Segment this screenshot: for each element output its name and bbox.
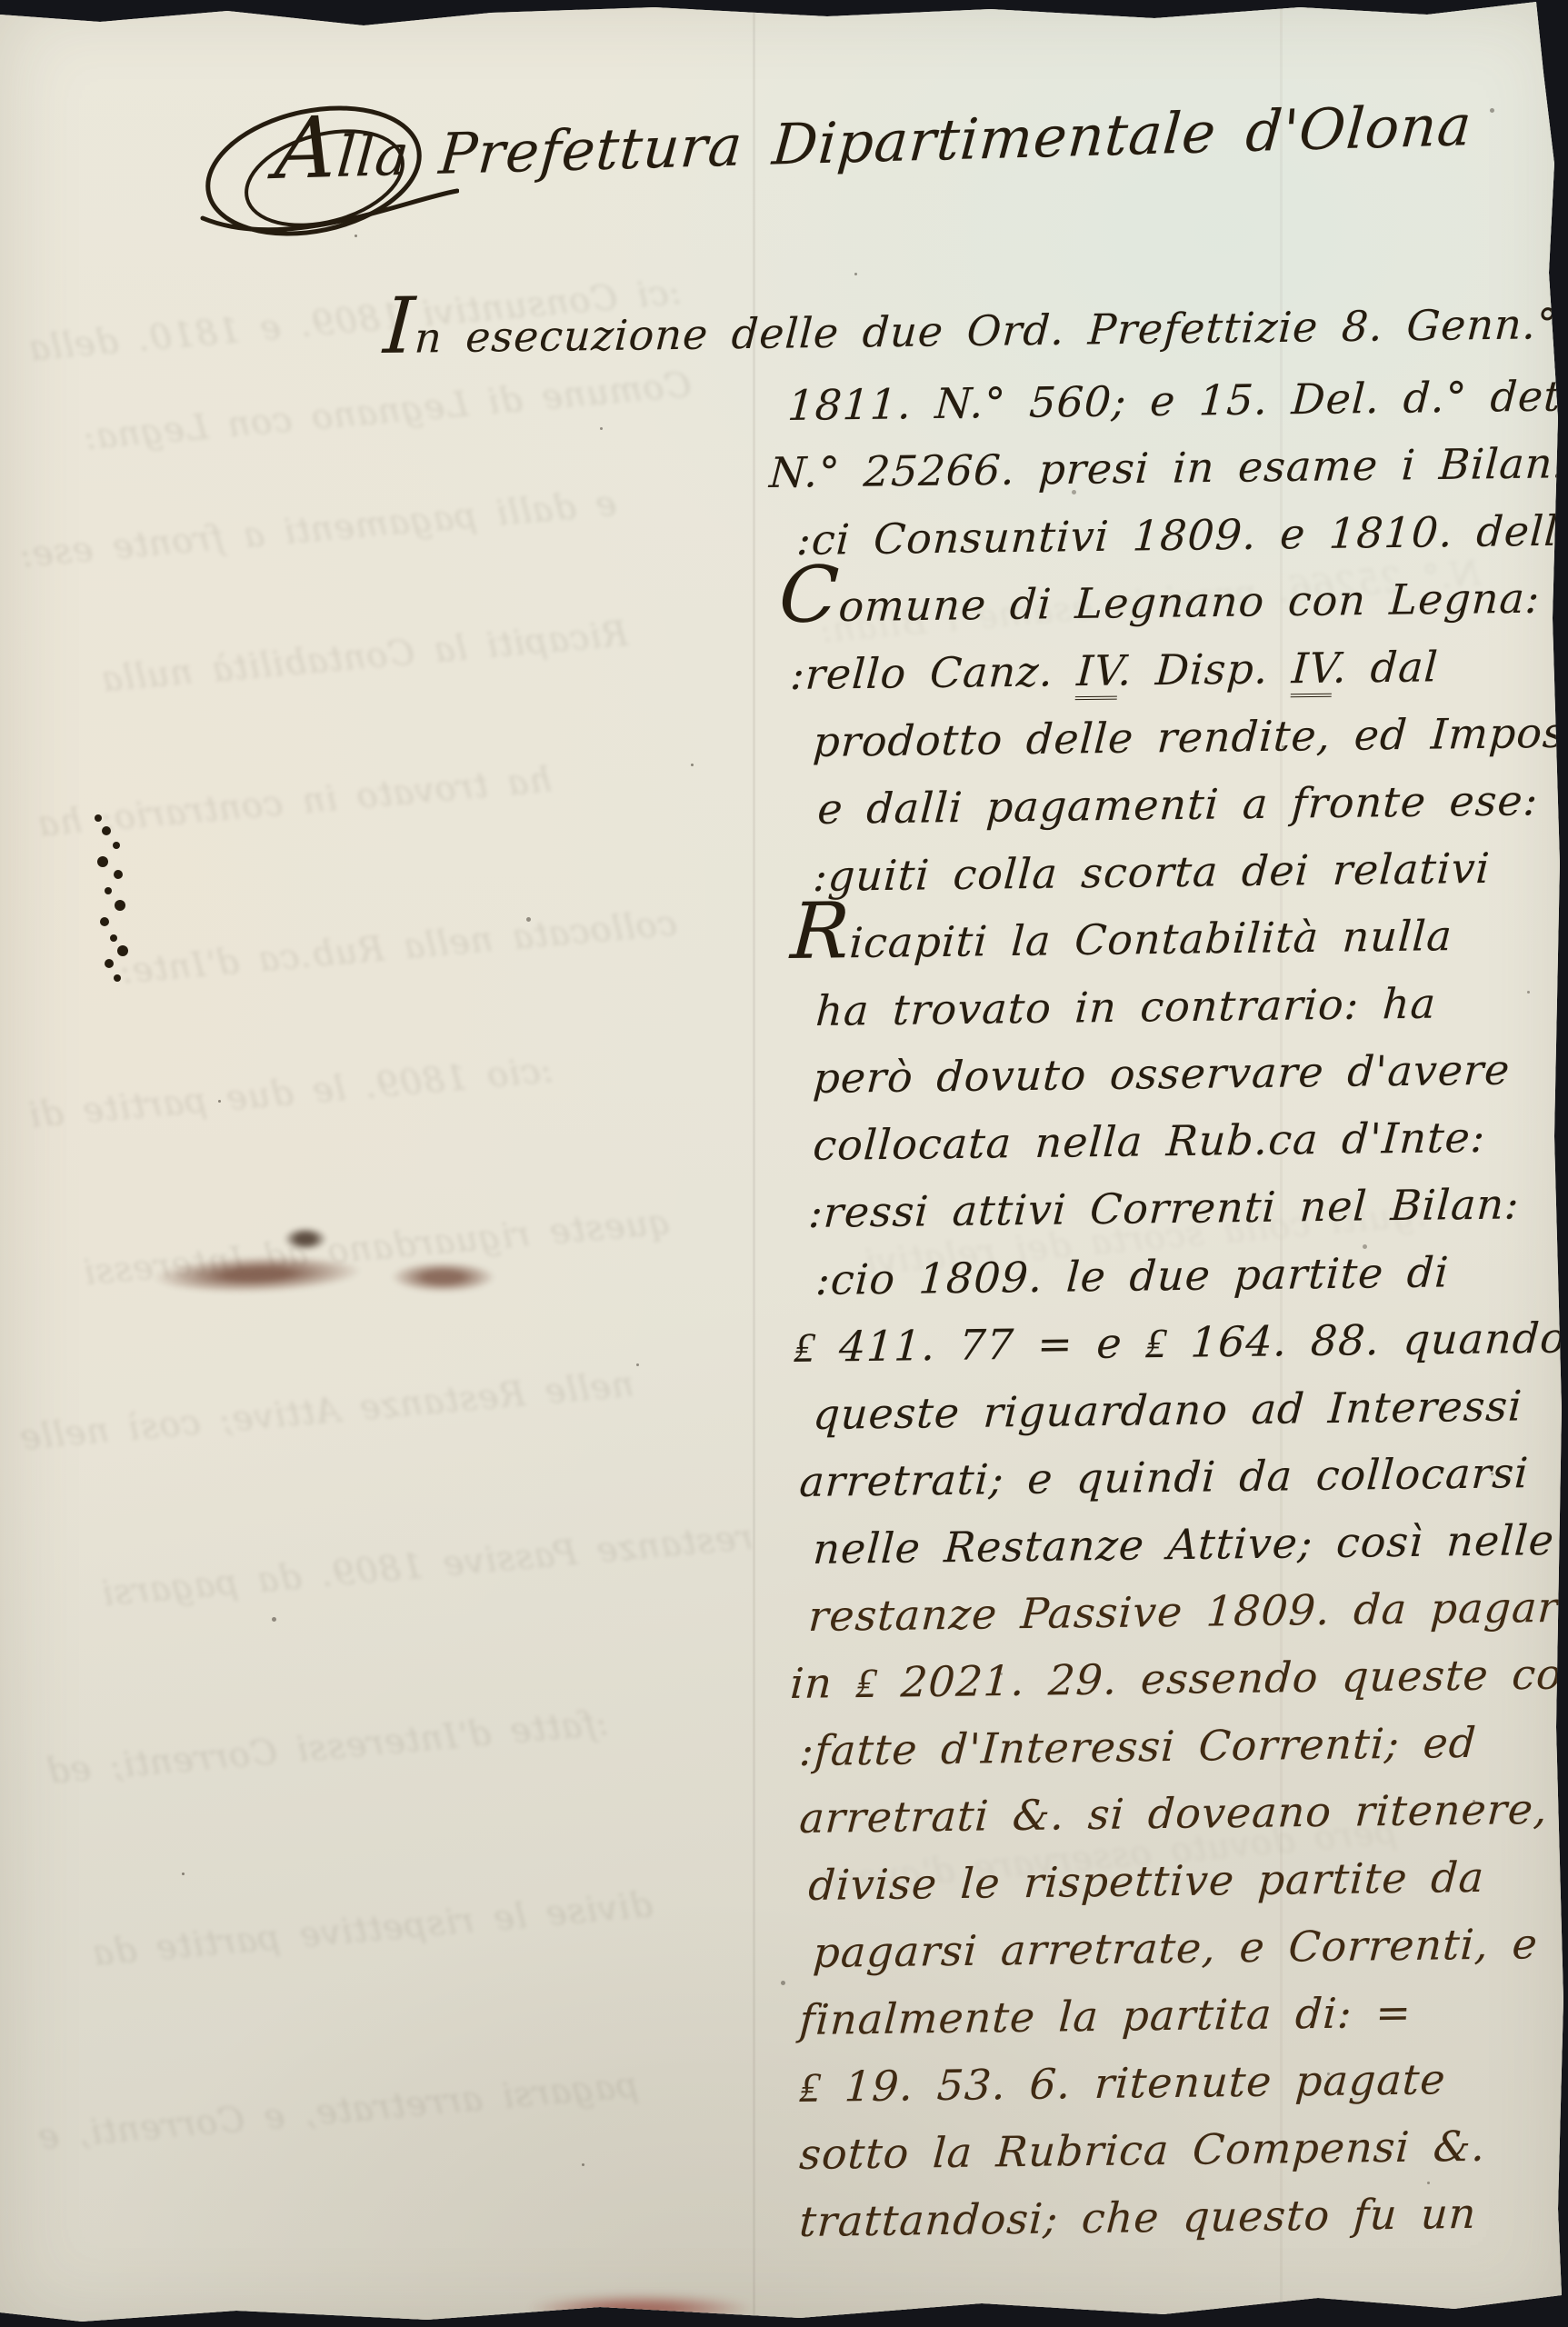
manuscript-line-6: :rello Canz. IV. Disp. IV. dal <box>789 642 1440 699</box>
bleed-through-line: :fatte d'Interessi Correnti; ed <box>45 1703 609 1792</box>
manuscript-line-7: prodotto delle rendite, ed Imposte, <box>812 707 1568 766</box>
manuscript-line-18: arretrati; e quindi da collocarsi <box>798 1448 1531 1506</box>
line6-pre: :rello Canz. <box>789 646 1078 699</box>
manuscript-line-19: nelle Restanze Attive; così nelle <box>812 1515 1556 1573</box>
manuscript-line-11: ha trovato in contrario: ha <box>814 979 1438 1035</box>
manuscript-line-22: :fatte d'Interessi Correnti; ed <box>798 1718 1478 1775</box>
bleed-through-line: restanze Passive 1809. da pagarsi <box>99 1517 754 1614</box>
ink-smudge <box>284 1227 327 1251</box>
manuscript-line-16: ₤ 411. 77 = e ₤ 164. 88. quando <box>793 1313 1568 1372</box>
manuscript-line-26: finalmente la partita di: = <box>798 1988 1413 2044</box>
manuscript-line-9: :guiti colla scorta dei relativi <box>812 844 1492 901</box>
manuscript-line-12: però dovuto osservare d'avere <box>812 1045 1512 1103</box>
bleed-through-line: divise le rispettive partite da <box>90 1884 654 1973</box>
manuscript-line-20: restanze Passive 1809. da pagarsi <box>807 1582 1568 1641</box>
manuscript-line-15: :cio 1809. le due partite di <box>814 1247 1451 1304</box>
line6-mid: . Disp. <box>1117 644 1293 694</box>
manuscript-line-27: ₤ 19. 53. 6. ritenute pagate <box>798 2054 1447 2112</box>
manuscript-line-2: 1811. N.° 560; e 15. Del. d.° detto <box>786 371 1568 430</box>
manuscript-line-28: sotto la Rubrica Compensi &. <box>798 2122 1487 2179</box>
manuscript-line-5: Comune di Legnano con Legna: <box>777 574 1542 632</box>
line6-iv2: IV <box>1290 644 1334 698</box>
manuscript-line-23: arretrati &. si doveano ritenere, <box>798 1784 1549 1843</box>
red-stain <box>527 2294 754 2323</box>
manuscript-line-17: queste riguardano ad Interessi <box>812 1381 1523 1439</box>
manuscript-line-25: pagarsi arretrate, e Correnti, e <box>812 1919 1539 1977</box>
manuscript-line-21: in ₤ 2021. 29. essendo queste con: <box>789 1649 1568 1708</box>
ink-blot <box>95 814 102 822</box>
manuscript-line-29: trattandosi; che questo fu un <box>798 2189 1478 2246</box>
manuscript-line-10: Ricapiti la Contabilità nulla <box>789 911 1453 968</box>
bleed-through-line: e dalli pagamenti a fronte ese: <box>17 483 617 574</box>
photo-backdrop: { "document": { "heading": "Alla Prefett… <box>0 0 1568 2327</box>
line6-iv1: IV <box>1075 646 1120 701</box>
bleed-through-line: Ricapiti la Contabilità nulla <box>99 614 629 700</box>
manuscript-line-14: :ressi attivi Correnti nel Bilan: <box>807 1179 1521 1237</box>
manuscript-line-4: :ci Consuntivi 1809. e 1810. della <box>795 505 1568 564</box>
bleed-through-line: nelle Restanze Attive; così nelle <box>17 1364 635 1458</box>
bleed-through-line: ha trovato in contrario: ha <box>35 759 553 844</box>
bleed-through-line: pagarsi arretrate, e Correnti, e <box>35 2064 640 2157</box>
paper-sheet: :ci Consuntivi 1809. e 1810. della Comun… <box>0 0 1568 2327</box>
manuscript-line-8: e dalli pagamenti a fronte ese: <box>816 775 1540 834</box>
bleed-through-line: Comune di Legnano con Legna: <box>81 365 693 457</box>
manuscript-line-13: collocata nella Rub.ca d'Inte: <box>812 1113 1487 1170</box>
bleed-through-line: collocata nella Rub.ca d'Inte: <box>117 903 678 991</box>
manuscript-line-24: divise le rispettive partite da <box>807 1853 1486 1910</box>
ink-smudge <box>391 1262 495 1293</box>
bleed-through-line: :cio 1809. le due partite di <box>26 1050 554 1135</box>
manuscript-line-3: N.° 25266. presi in esame i Bilan: <box>768 438 1568 497</box>
line6-post: . dal <box>1332 642 1440 692</box>
